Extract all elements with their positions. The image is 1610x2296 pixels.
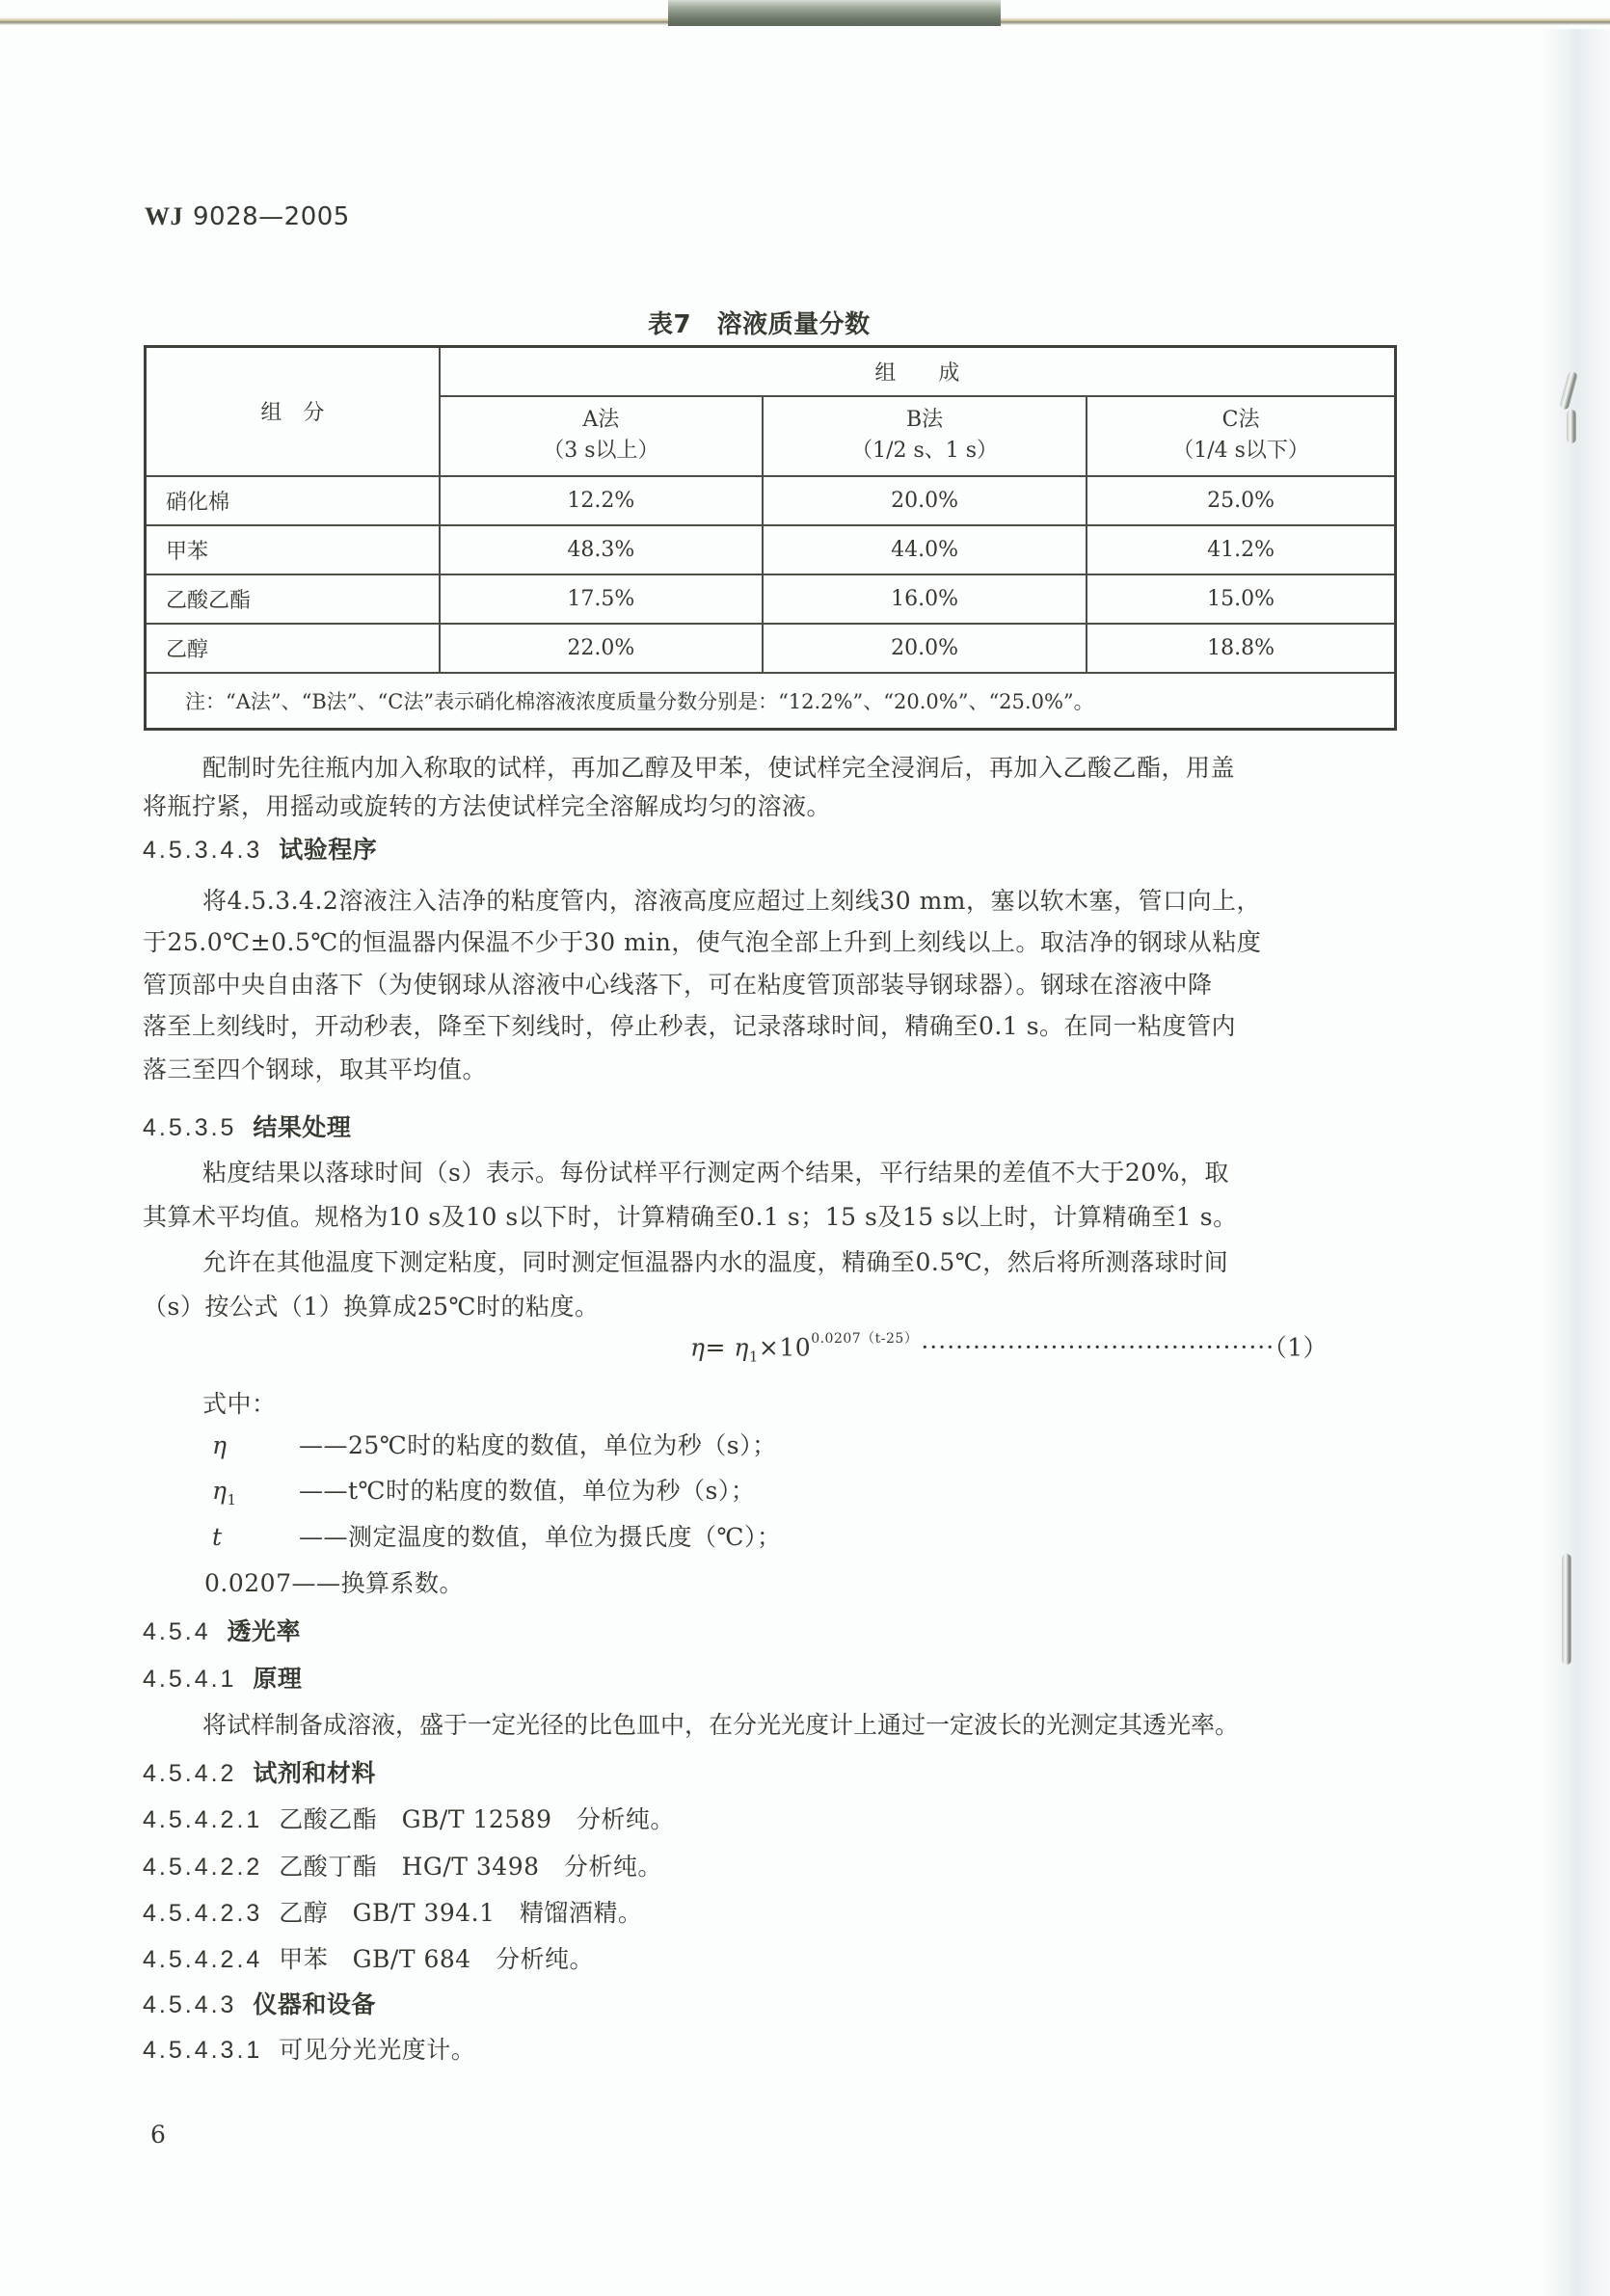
staple-icon — [1562, 1554, 1571, 1665]
reagent-item: 4.5.4.2.3 乙醇 GB/T 394.1 精馏酒精。 — [143, 1899, 642, 1928]
body-text: 允许在其他温度下测定粘度，同时测定恒温器内水的温度，精确至0.5℃，然后将所测落… — [202, 1248, 1228, 1277]
reagent-item: 4.5.4.2.1 乙酸乙酯 GB/T 12589 分析纯。 — [143, 1805, 675, 1834]
body-text: 配制时先往瓶内加入称取的试样，再加乙醇及甲苯，使试样完全浸润后，再加入乙酸乙酯，… — [202, 754, 1235, 783]
section-heading: 4.5.3.5 结果处理 — [143, 1113, 351, 1142]
header-component: 组 分 — [146, 347, 440, 476]
section-heading: 4.5.4.2 试剂和材料 — [143, 1759, 376, 1788]
header-method-a: A法（3 s以上） — [440, 396, 763, 476]
table-row: 硝化棉 12.2% 20.0% 25.0% — [146, 476, 1396, 525]
reagent-item: 4.5.4.2.2 乙酸丁酯 HG/T 3498 分析纯。 — [143, 1853, 662, 1882]
table-row: 甲苯 48.3% 44.0% 41.2% — [146, 525, 1396, 574]
binding-gutter-shadow — [1543, 29, 1610, 2296]
header-method-c: C法（1/4 s以下） — [1087, 396, 1395, 476]
body-text: 落至上刻线时，开动秒表，降至下刻线时，停止秒表，记录落球时间，精确至0.1 s。… — [143, 1012, 1236, 1041]
body-text: 将4.5.3.4.2溶液注入洁净的粘度管内，溶液高度应超过上刻线30 mm，塞以… — [202, 887, 1261, 916]
table-solution-mass-fraction: 组 分 组 成 A法（3 s以上） B法（1/2 s、1 s） C法（1/4 s… — [144, 345, 1397, 731]
definition-item: η1——t℃时的粘度的数值，单位为秒（s）； — [212, 1477, 755, 1514]
formula-label: （1） — [1275, 1333, 1328, 1361]
table-row: 乙醇 22.0% 20.0% 18.8% — [146, 624, 1396, 673]
body-text: 于25.0℃±0.5℃的恒温器内保温不少于30 min，使气泡全部上升到上刻线以… — [143, 928, 1261, 957]
reagent-item: 4.5.4.2.4 甲苯 GB/T 684 分析纯。 — [143, 1945, 594, 1974]
scanner-clip-shadow — [668, 0, 1001, 26]
standard-code: WJ9028—2005 — [145, 202, 350, 231]
definition-item: t——测定温度的数值，单位为摄氏度（℃）； — [212, 1523, 781, 1552]
body-text: 粘度结果以落球时间（s）表示。每份试样平行测定两个结果，平行结果的差值不大于20… — [202, 1159, 1229, 1188]
equipment-item: 4.5.4.3.1 可见分光光度计。 — [143, 2036, 475, 2065]
body-text: 其算术平均值。规格为10 s及10 s以下时，计算精确至0.1 s；15 s及1… — [143, 1203, 1238, 1232]
body-text: 管顶部中央自由落下（为使钢球从溶液中心线落下，可在粘度管顶部装导钢球器）。钢球在… — [143, 971, 1213, 1000]
table-caption: 表7 溶液质量分数 — [648, 310, 871, 339]
body-text: 将瓶拧紧，用摇动或旋转的方法使试样完全溶解成均匀的溶液。 — [143, 792, 831, 821]
definition-item: 0.0207——换算系数。 — [204, 1569, 464, 1598]
where-label: 式中： — [202, 1390, 277, 1419]
section-heading: 4.5.4.3 仪器和设备 — [143, 1990, 376, 2019]
body-text: 落三至四个钢球，取其平均值。 — [143, 1055, 487, 1084]
header-method-b: B法（1/2 s、1 s） — [763, 396, 1087, 476]
body-text: 将试样制备成溶液，盛于一定光径的比色皿中，在分光光度计上通过一定波长的光测定其透… — [202, 1711, 1239, 1740]
staple-icon — [1567, 410, 1576, 443]
header-composition: 组 成 — [440, 347, 1396, 396]
section-heading: 4.5.4 透光率 — [143, 1617, 301, 1646]
section-heading: 4.5.3.4.3 试验程序 — [143, 836, 377, 865]
body-text: （s）按公式（1）换算成25℃时的粘度。 — [143, 1293, 600, 1322]
table-row: 乙酸乙酯 17.5% 16.0% 15.0% — [146, 574, 1396, 624]
section-heading: 4.5.4.1 原理 — [143, 1665, 302, 1694]
table-note: 注：“A法”、“B法”、“C法”表示硝化棉溶液浓度质量分数分别是：“12.2%”… — [146, 673, 1396, 730]
formula-1: η= η1×100.0207（t-25）····················… — [690, 1328, 1328, 1371]
page-number: 6 — [150, 2121, 166, 2149]
definition-item: η——25℃时的粘度的数值，单位为秒（s）； — [212, 1431, 777, 1460]
